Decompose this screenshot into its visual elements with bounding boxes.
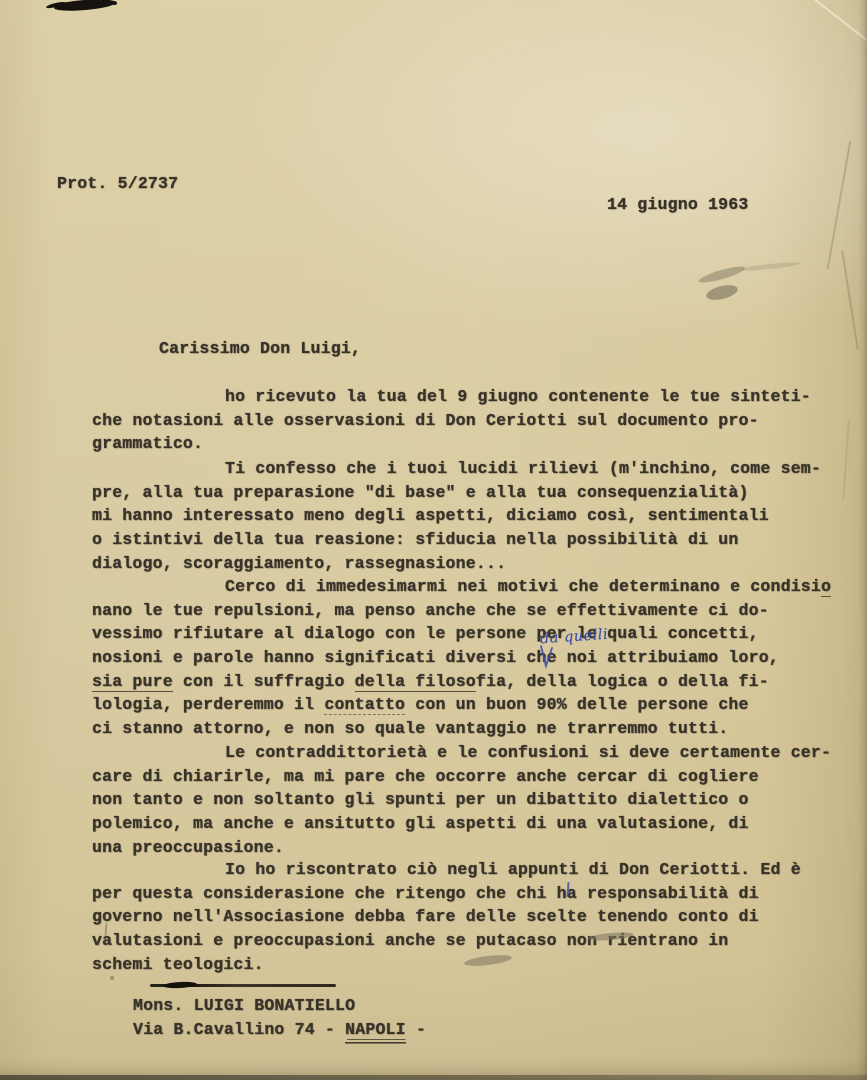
- text-run: della filoso: [355, 672, 476, 692]
- letter-line: per questa considerasione che ritengo ch…: [92, 882, 812, 906]
- text-run: ci stanno attorno, e non so quale vantag…: [92, 719, 728, 738]
- text-run: non tanto e non soltanto gli spunti per …: [92, 790, 749, 809]
- letter-line: valutasioni e preoccupasioni anche se pu…: [92, 929, 812, 953]
- ink-speck-artifact: [112, 1, 117, 5]
- letter-line: non tanto e non soltanto gli spunti per …: [92, 788, 812, 812]
- page-edge-shadow-right: [858, 0, 867, 1080]
- letter-line: polemico, ma anche e ansitutto gli aspet…: [92, 812, 812, 836]
- text-run: grammatico.: [92, 434, 203, 453]
- letter-line: o istintivi della tua reasione: sfiducia…: [92, 528, 812, 552]
- text-run: -: [406, 1020, 426, 1039]
- scanned-letter-page: Prot. 5/2737 14 giugno 1963 Carissimo Do…: [0, 0, 867, 1080]
- pencil-smudge: [698, 264, 747, 286]
- recipient-name: Mons. LUIGI BONATIELLO: [133, 996, 355, 1015]
- paragraph-3: Cerco di immedesimarmi nei motivi che de…: [92, 575, 812, 741]
- letter-line: grammatico.: [92, 432, 812, 456]
- letter-line: Io ho riscontrato ciò negli appunti di D…: [92, 858, 812, 882]
- paper-crease: [842, 420, 850, 500]
- paragraph-5: Io ho riscontrato ciò negli appunti di D…: [92, 858, 812, 976]
- text-run: pre, alla tua preparasione "di base" e a…: [92, 483, 749, 502]
- letter-line: sia pure con il suffragio della filosofi…: [92, 670, 812, 694]
- letter-line: care di chiarirle, ma mi pare che occorr…: [92, 765, 812, 789]
- text-run: mi hanno interessato meno degli aspetti,…: [92, 506, 769, 525]
- paragraph-4: Le contraddittorietà e le confusioni si …: [92, 741, 812, 859]
- letter-line: mi hanno interessato meno degli aspetti,…: [92, 504, 812, 528]
- text-run: con il suffragio: [173, 672, 355, 691]
- letter-line: governo nell'Associasione debba fare del…: [92, 905, 812, 929]
- letter-line: nosioni e parole hanno significati diver…: [92, 646, 812, 670]
- paragraph-2: Ti confesso che i tuoi lucidi rilievi (m…: [92, 457, 812, 575]
- letter-line: ho ricevuto la tua del 9 giugno contenen…: [92, 385, 812, 409]
- paper-crease: [827, 141, 852, 269]
- text-run: nosioni e parole hanno significati diver…: [92, 648, 779, 667]
- text-run: che notasioni alle osservasioni di Don C…: [92, 411, 759, 430]
- paper-crease: [841, 250, 859, 349]
- letter-line: lologia, perderemmo il contatto con un b…: [92, 693, 812, 717]
- letter-line: vessimo rifiutare al dialogo con le pers…: [92, 622, 812, 646]
- text-run: Via B.Cavallino 74 -: [133, 1020, 345, 1039]
- pencil-smudge: [740, 261, 800, 272]
- margin-dot: [110, 976, 114, 980]
- text-run: NAPOLI: [345, 1020, 406, 1044]
- protocol-number: Prot. 5/2737: [57, 174, 178, 193]
- text-run: Cerco di immedesimarmi nei motivi che de…: [225, 577, 821, 596]
- letter-line: che notasioni alle osservasioni di Don C…: [92, 409, 812, 433]
- letter-line: una preoccupasione.: [92, 836, 812, 860]
- text-run: lologia, perderemmo il: [92, 695, 324, 714]
- recipient-address: Via B.Cavallino 74 - NAPOLI -: [133, 1020, 426, 1039]
- text-run: per questa considerasione che ritengo ch…: [92, 884, 759, 903]
- letter-date: 14 giugno 1963: [607, 195, 748, 214]
- letter-line: nano le tue repulsioni, ma penso anche c…: [92, 599, 812, 623]
- page-edge-line-bottom: [0, 1075, 867, 1080]
- pencil-smudge: [705, 282, 739, 302]
- text-run: schemi teologici.: [92, 955, 264, 974]
- typed-strikeout-blob: [163, 981, 197, 989]
- text-run: care di chiarirle, ma mi pare che occorr…: [92, 767, 759, 786]
- text-run: nano le tue repulsioni, ma penso anche c…: [92, 601, 769, 620]
- paragraph-1: ho ricevuto la tua del 9 giugno contenen…: [92, 385, 812, 456]
- text-run: contatto: [324, 695, 405, 715]
- letter-line: ci stanno attorno, e non so quale vantag…: [92, 717, 812, 741]
- letter-line: Ti confesso che i tuoi lucidi rilievi (m…: [92, 457, 812, 481]
- text-run: una preoccupasione.: [92, 838, 284, 857]
- text-run: dialogo, scoraggiamento, rassegnasione..…: [92, 554, 506, 573]
- text-run: o istintivi della tua reasione: sfiducia…: [92, 530, 739, 549]
- text-run: vessimo rifiutare al dialogo con le pers…: [92, 624, 759, 643]
- insertion-caret-mark: [539, 644, 555, 670]
- letter-line: pre, alla tua preparasione "di base" e a…: [92, 481, 812, 505]
- letter-line: Cerco di immedesimarmi nei motivi che de…: [92, 575, 812, 599]
- text-run: Le contraddittorietà e le confusioni si …: [225, 743, 831, 762]
- text-run: o: [821, 577, 831, 597]
- text-run: sia pure: [92, 672, 173, 692]
- salutation: Carissimo Don Luigi,: [159, 339, 361, 358]
- text-run: polemico, ma anche e ansitutto gli aspet…: [92, 814, 749, 833]
- letter-line: dialogo, scoraggiamento, rassegnasione..…: [92, 552, 812, 576]
- text-run: governo nell'Associasione debba fare del…: [92, 907, 759, 926]
- text-run: Ti confesso che i tuoi lucidi rilievi (m…: [225, 459, 821, 478]
- text-run: con un buon 90% delle persone che: [405, 695, 748, 714]
- text-run: fia, della logica o della fi-: [476, 672, 769, 691]
- text-run: Io ho riscontrato ciò negli appunti di D…: [225, 860, 801, 879]
- text-run: ho ricevuto la tua del 9 giugno contenen…: [225, 387, 811, 406]
- letter-line: schemi teologici.: [92, 953, 812, 977]
- letter-line: Le contraddittorietà e le confusioni si …: [92, 741, 812, 765]
